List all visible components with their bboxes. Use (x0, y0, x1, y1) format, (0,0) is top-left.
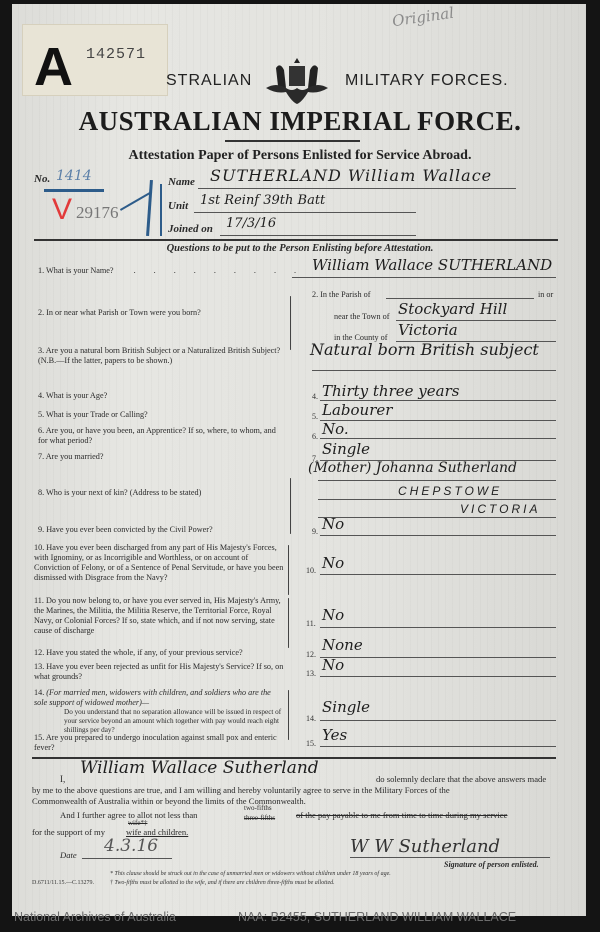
answer-4: Thirty three years (322, 382, 459, 400)
page-subtitle: Attestation Paper of Persons Enlisted fo… (0, 148, 600, 164)
question-3: 3. Are you a natural born British Subjec… (38, 346, 286, 366)
brace-14 (288, 690, 289, 740)
unit-value: 1st Reinf 39th Batt (200, 193, 325, 208)
title-underline (225, 140, 360, 142)
answer-line-5 (320, 420, 556, 421)
date-line (82, 858, 172, 859)
blue-underline (44, 189, 104, 192)
question-15: 15. Are you prepared to undergo inoculat… (34, 733, 286, 753)
section-divider (34, 239, 558, 241)
signature-label: Signature of person enlisted. (444, 860, 539, 870)
answer-3: Natural born British subject (310, 340, 539, 359)
answer-7: Single (322, 440, 370, 458)
signature: W W Sutherland (350, 836, 500, 857)
coat-of-arms-icon (262, 56, 332, 108)
unit-line (194, 212, 416, 213)
no-label: No. (34, 173, 50, 185)
answer-number-9: 9. (312, 527, 318, 536)
answer-11: No (322, 606, 344, 624)
military-forces-right: MILITARY FORCES. (345, 72, 509, 90)
joined-value: 17/3/16 (226, 216, 276, 231)
declaration-text-1: do solemnly declare that the above answe… (376, 774, 546, 784)
parish-label: 2. In the Parish of (312, 290, 370, 300)
answer-5: Labourer (322, 401, 392, 419)
question-14: 14. (For married men, widowers with chil… (34, 688, 286, 735)
answer-line-14 (320, 720, 556, 721)
stamp-number: 142571 (86, 46, 146, 63)
county-value: Victoria (398, 321, 458, 339)
in-or-label: in or (538, 290, 553, 300)
brace-8 (290, 478, 291, 534)
question-11: 11. Do you now belong to, or have you ev… (34, 596, 286, 636)
allot-suffix: of the pay payable to me from time to ti… (296, 810, 507, 820)
answer-number-4: 4. (312, 392, 318, 401)
declarant-name: William Wallace Sutherland (80, 758, 319, 778)
page-title: AUSTRALIAN IMPERIAL FORCE. (0, 106, 600, 137)
answer-number-13: 13. (306, 669, 316, 678)
v-number: 29176 (76, 203, 119, 223)
answer-line-9 (320, 535, 556, 536)
stamp-letter: A (34, 40, 73, 94)
answer-number-15: 15. (306, 739, 316, 748)
question-10: 10. Have you ever been discharged from a… (34, 543, 286, 583)
blue-pencil-mark-2 (160, 184, 162, 236)
next-of-kin-town: CHEPSTOWE (398, 484, 502, 498)
answer-10: No (322, 554, 344, 572)
name-value: SUTHERLAND William Wallace (210, 166, 492, 185)
fraction-two-fifths: two-fifths (244, 803, 272, 813)
brace-2 (290, 296, 291, 350)
answer-13: No (322, 656, 344, 674)
question-9: 9. Have you ever been convicted by the C… (38, 525, 213, 535)
answer-number-6: 6. (312, 432, 318, 441)
question-1: 1. What is your Name? ......... (38, 266, 314, 276)
question-13: 13. Have you ever been rejected as unfit… (34, 662, 286, 682)
answer-line-12 (320, 657, 556, 658)
unit-label: Unit (168, 200, 188, 212)
answer-6: No. (322, 420, 349, 438)
kin-line-2 (318, 499, 556, 500)
declaration-text-2: by me to the above questions are true, a… (32, 785, 562, 795)
answer-line-15 (320, 746, 556, 747)
parish-line (386, 298, 534, 299)
signature-line (350, 857, 550, 858)
support-prefix: for the support of my (32, 827, 105, 837)
question-6: 6. Are you, or have you been, an Apprent… (38, 426, 286, 446)
question-2: 2. In or near what Parish or Town were y… (38, 308, 201, 318)
fraction-three-fifths: three-fifths (244, 813, 275, 823)
answer-1: William Wallace SUTHERLAND (312, 256, 552, 274)
brace-10 (288, 545, 289, 595)
kin-line-1 (318, 480, 556, 481)
v-mark: V (52, 193, 72, 227)
no-value: 1414 (56, 168, 92, 184)
joined-label: Joined on (168, 223, 213, 235)
answer-number-12: 12. (306, 650, 316, 659)
next-of-kin-name: (Mother) Johanna Sutherland (308, 460, 517, 476)
question-7: 7. Are you married? (38, 452, 104, 462)
answer-number-5: 5. (312, 412, 318, 421)
answer-line-1 (292, 277, 556, 278)
question-5: 5. What is your Trade or Calling? (38, 410, 148, 420)
answer-12: None (322, 636, 363, 654)
answer-14: Single (322, 698, 370, 716)
question-4: 4. What is your Age? (38, 391, 107, 401)
name-label: Name (168, 176, 195, 188)
brace-11 (288, 598, 289, 648)
answer-number-11: 11. (306, 619, 316, 628)
footnote-2: † Two-fifths must be allotted to the wif… (110, 880, 335, 886)
name-line (198, 188, 516, 189)
joined-line (220, 235, 416, 236)
archive-reference: NAA: B2455, SUTHERLAND WILLIAM WALLACE (238, 910, 516, 924)
footnote-1: * This clause should be struck out in th… (110, 871, 391, 877)
kin-line-3 (318, 517, 556, 518)
answer-line-3 (312, 370, 556, 371)
answer-number-10: 10. (306, 566, 316, 575)
answer-9: No (322, 515, 344, 533)
military-forces-left: STRALIAN (166, 72, 252, 90)
archive-watermark: National Archives of Australia (14, 910, 176, 924)
form-code: D.6711/11.15.—C.13279. (32, 880, 94, 886)
answer-line-6 (320, 438, 556, 439)
question-8: 8. Who is your next of kin? (Address to … (38, 488, 201, 498)
question-12: 12. Have you stated the whole, if any, o… (34, 648, 243, 658)
date-label: Date (60, 850, 77, 860)
town-label: near the Town of (334, 312, 389, 322)
date-value: 4.3.16 (104, 836, 158, 856)
next-of-kin-state: VICTORIA (460, 502, 540, 516)
answer-number-14: 14. (306, 714, 316, 723)
declaration-prefix: I, (60, 774, 65, 784)
town-value: Stockyard Hill (398, 300, 507, 318)
answer-line-10 (320, 574, 556, 575)
answer-15: Yes (322, 726, 347, 744)
answer-line-13 (320, 676, 556, 677)
answer-line-11 (320, 627, 556, 628)
questions-heading: Questions to be put to the Person Enlist… (0, 243, 600, 254)
